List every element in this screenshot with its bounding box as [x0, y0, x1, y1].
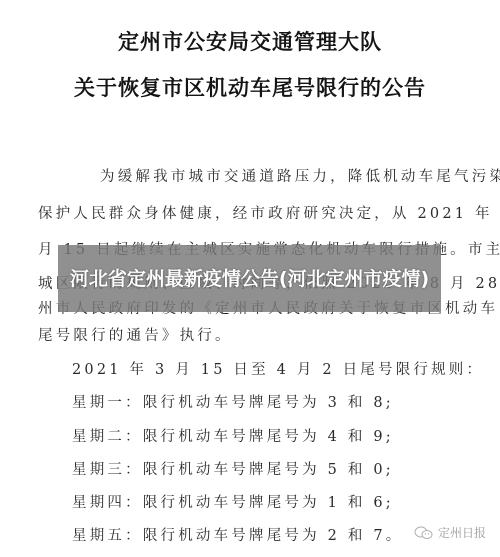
document-title-issuer: 定州市公安局交通管理大队 [0, 26, 500, 56]
rule-row: 星期四：限行机动车号牌尾号为 1 和 6; [72, 491, 394, 512]
caption-text: 河北省定州最新疫情公告(河北定州市疫情) [64, 267, 435, 291]
rules-heading: 2021 年 3 月 15 日至 4 月 2 日尾号限行规则： [72, 358, 484, 379]
wechat-icon [414, 526, 434, 540]
rule-day: 星期一： [72, 395, 143, 411]
rule-row: 星期一：限行机动车号牌尾号为 3 和 8; [72, 391, 394, 412]
rule-row: 星期三：限行机动车号牌尾号为 5 和 0; [72, 458, 394, 479]
caption-banner: 河北省定州最新疫情公告(河北定州市疫情) [58, 245, 441, 312]
rule-day: 星期五： [72, 528, 143, 544]
rule-day: 星期二： [72, 429, 143, 445]
rule-text: 限行机动车号牌尾号为 2 和 7。 [143, 528, 404, 544]
source-watermark: 定州日报 [414, 524, 486, 541]
rule-day: 星期三： [72, 462, 143, 478]
rule-day: 星期四： [72, 495, 143, 511]
watermark-label: 定州日报 [438, 524, 486, 541]
rule-text: 限行机动车号牌尾号为 5 和 0; [143, 462, 394, 478]
rule-row: 星期二：限行机动车号牌尾号为 4 和 9; [72, 425, 394, 446]
paragraph-line: 为缓解我市城市交通道路压力，降低机动车尾气污染， [100, 165, 500, 186]
rule-row: 星期五：限行机动车号牌尾号为 2 和 7。 [72, 524, 404, 545]
paragraph-line: 尾号限行的通告》执行。 [38, 324, 233, 345]
paragraph-line: 保护人民群众身体健康，经市政府研究决定，从 2021 年 3 [38, 202, 500, 223]
rule-text: 限行机动车号牌尾号为 3 和 8; [143, 395, 394, 411]
rule-text: 限行机动车号牌尾号为 4 和 9; [143, 429, 394, 445]
rule-text: 限行机动车号牌尾号为 1 和 6; [143, 495, 394, 511]
document-title-subject: 关于恢复市区机动车尾号限行的公告 [0, 72, 500, 102]
